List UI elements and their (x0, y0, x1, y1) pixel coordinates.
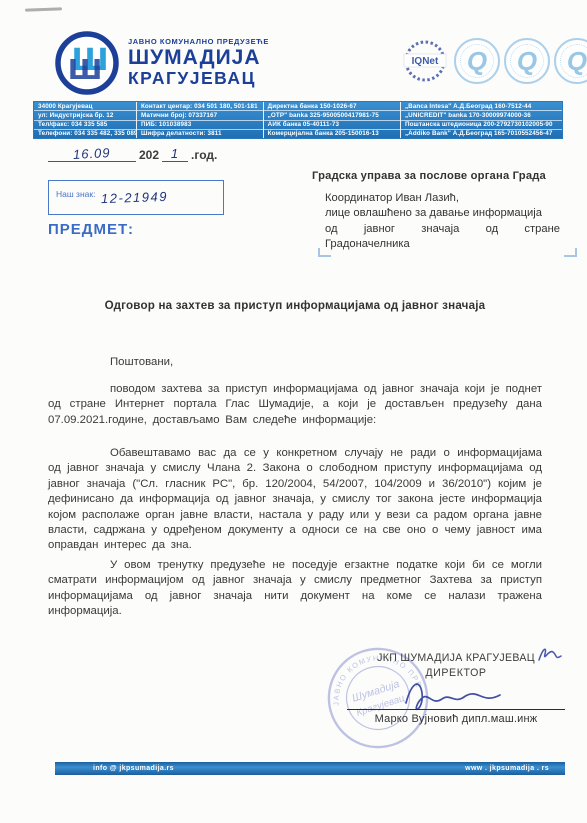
info-cell: АИК банка 05-40111-73 (264, 121, 400, 130)
company-name-block: ЈАВНО КОМУНАЛНО ПРЕДУЗЕЋЕ ШУМАДИЈА КРАГУ… (128, 37, 269, 88)
iso-quality-badge-icon: Q (504, 38, 550, 84)
date-line: 16.09 202 1 .год. (48, 146, 220, 162)
iqnet-badge-icon: IQNet (400, 38, 450, 84)
date-underline: 16.09 (48, 146, 136, 162)
company-logo-icon: Ш Ш (55, 31, 119, 95)
iso-quality-badge-icon: Q (554, 38, 587, 84)
recipient-line: Координатор Иван Лазић, (325, 191, 560, 206)
info-cell: 34000 Крагујевац (34, 102, 136, 111)
svg-text:Ш: Ш (68, 53, 103, 86)
signature-line (347, 709, 565, 710)
recipient-title: Градска управа за послове органа Града (312, 170, 562, 182)
company-name-line1: ШУМАДИЈА (128, 47, 269, 69)
handwritten-date: 16.09 (73, 145, 111, 162)
info-cell: Контакт центар: 034 501 180, 501-181 (137, 102, 263, 111)
info-cell: Поштанска штедионица 200-2792730102005-9… (401, 121, 562, 130)
recipient-line: Градоначелника (325, 237, 560, 252)
info-cell: Шифра делатности: 3811 (137, 130, 263, 138)
recipient-line: од јавног значаја од стране (325, 222, 560, 237)
reference-label: Наш знак: (56, 189, 95, 199)
scanned-letter-page: Ш Ш ЈАВНО КОМУНАЛНО ПРЕДУЗЕЋЕ ШУМАДИЈА К… (0, 0, 587, 823)
signature-name: Марко Вујновић дипл.маш.инж (336, 713, 576, 725)
footer-email: info @ jkpsumadija.rs (93, 765, 174, 772)
company-type: ЈАВНО КОМУНАЛНО ПРЕДУЗЕЋЕ (128, 37, 269, 46)
recipient-line: лице овлашћено за давање информација (325, 206, 560, 221)
info-cell: Тел/факс: 034 335 585 (34, 121, 136, 130)
signature-block: ЈАВНО КОМУНАЛНО ПРЕДУЗЕЋЕ Шумадија Крагу… (336, 652, 576, 725)
certification-badges: IQNet Q Q Q (400, 38, 587, 84)
company-name-line2: КРАГУЈЕВАЦ (128, 69, 269, 88)
recipient-lines: Координатор Иван Лазић, лице овлашћено з… (325, 191, 560, 253)
info-cell: Телефони: 034 335 482, 335 089 (34, 130, 136, 138)
director-signature (396, 673, 516, 717)
subject-label: ПРЕДМЕТ: (48, 221, 134, 238)
info-column-banks-2: „Banca Intesa" А.Д.Београд 160-7512-44 „… (401, 102, 562, 138)
badge-ring (460, 44, 494, 78)
footer-bar: info @ jkpsumadija.rs www . jkpsumadija … (55, 762, 565, 775)
year-underline: 1 (162, 146, 188, 162)
info-cell: Директна банка 150-1026-67 (264, 102, 400, 111)
iso-quality-badge-icon: Q (454, 38, 500, 84)
info-cell: Комерцијална банка 205-150016-13 (264, 130, 400, 138)
info-column-address: 34000 Крагујевац ул: Индустријска бр. 12… (34, 102, 137, 138)
signature-company: ЈКП ШУМАДИЈА КРАГУЈЕВАЦ (336, 652, 576, 664)
info-cell: ул: Индустријска бр. 12 (34, 111, 136, 120)
handwritten-year-digit: 1 (171, 146, 179, 161)
staple-mark (25, 7, 62, 11)
info-cell: „Addiko Bank" А.Д.Београд 165-7010552456… (401, 130, 562, 138)
handwritten-reference-number: 12-21949 (101, 189, 168, 206)
body-paragraph: Обавештавамо вас да се у конкретном случ… (48, 446, 542, 554)
corner-bracket-left (318, 248, 331, 257)
footer-website: www . jkpsumadija . rs (465, 765, 549, 772)
printed-year-prefix: 202 (136, 148, 162, 162)
info-column-banks-1: Директна банка 150-1026-67 „OTP" banka 3… (264, 102, 401, 138)
svg-text:IQNet: IQNet (412, 56, 439, 67)
body-paragraph: поводом захтева за приступ информацијама… (48, 382, 542, 428)
info-cell: Матични број: 07337167 (137, 111, 263, 120)
recipient-block: Градска управа за послове органа Града К… (312, 170, 562, 253)
corner-bracket-right (564, 248, 577, 257)
info-cell: ПИБ: 101038983 (137, 121, 263, 130)
reference-number-box: Наш знак: 12-21949 (48, 180, 224, 215)
info-cell: „OTP" banka 325-9500500417981-75 (264, 111, 400, 120)
company-info-bar: 34000 Крагујевац ул: Индустријска бр. 12… (33, 101, 563, 139)
body-paragraph: У овом тренутку предузеће не поседује ег… (48, 558, 542, 620)
info-column-ids: Контакт центар: 034 501 180, 501-181 Мат… (137, 102, 264, 138)
salutation: Поштовани, (48, 356, 542, 368)
letter-subject-title: Одговор на захтев за приступ информација… (48, 299, 542, 312)
badge-ring (560, 44, 587, 78)
info-cell: „UNICREDIT" banka 170-30009974000-36 (401, 111, 562, 120)
company-logo: Ш Ш ЈАВНО КОМУНАЛНО ПРЕДУЗЕЋЕ ШУМАДИЈА К… (55, 31, 269, 95)
date-suffix: .год. (188, 148, 220, 162)
info-cell: „Banca Intesa" А.Д.Београд 160-7512-44 (401, 102, 562, 111)
badge-ring (510, 44, 544, 78)
